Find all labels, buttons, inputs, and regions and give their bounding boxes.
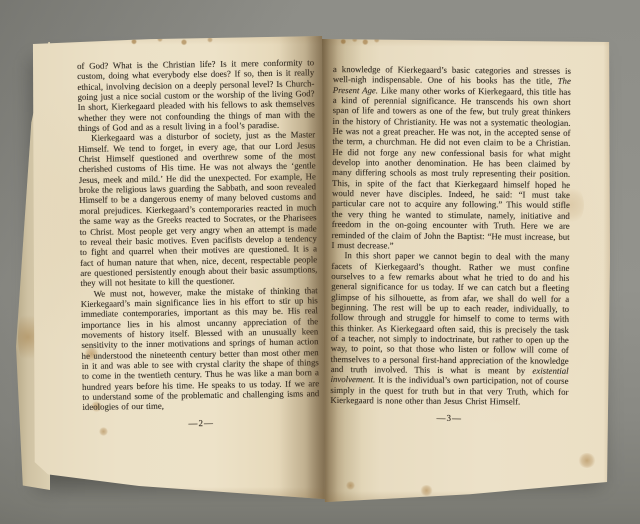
stain <box>122 35 222 47</box>
right-page-text: a knowledge of Kierkegaard’s basic categ… <box>330 64 571 407</box>
paragraph: a knowledge of Kierkegaard’s basic categ… <box>332 64 571 252</box>
text-segment: In this short paper we cannot begin to d… <box>331 250 570 375</box>
text-segment: a knowledge of Kierkegaard’s basic categ… <box>333 64 571 86</box>
paragraph: In this short paper we cannot begin to d… <box>330 250 569 407</box>
book-left-page: of God? What is the Christian life? Is i… <box>30 33 325 501</box>
stain <box>578 453 596 468</box>
right-page-number: —3— <box>330 412 568 424</box>
page-bottom-edge-shade <box>30 487 325 501</box>
gutter-shadow-left <box>279 33 325 501</box>
gutter-shadow-right <box>322 35 362 505</box>
photo-background: of God? What is the Christian life? Is i… <box>0 0 640 524</box>
text-segment: Like many other works of Kierkegaard, th… <box>332 85 571 250</box>
right-page-text-column: a knowledge of Kierkegaard’s basic categ… <box>330 64 571 425</box>
page-bottom-edge-shade <box>322 491 612 505</box>
book-right-page: a knowledge of Kierkegaard’s basic categ… <box>322 35 612 505</box>
